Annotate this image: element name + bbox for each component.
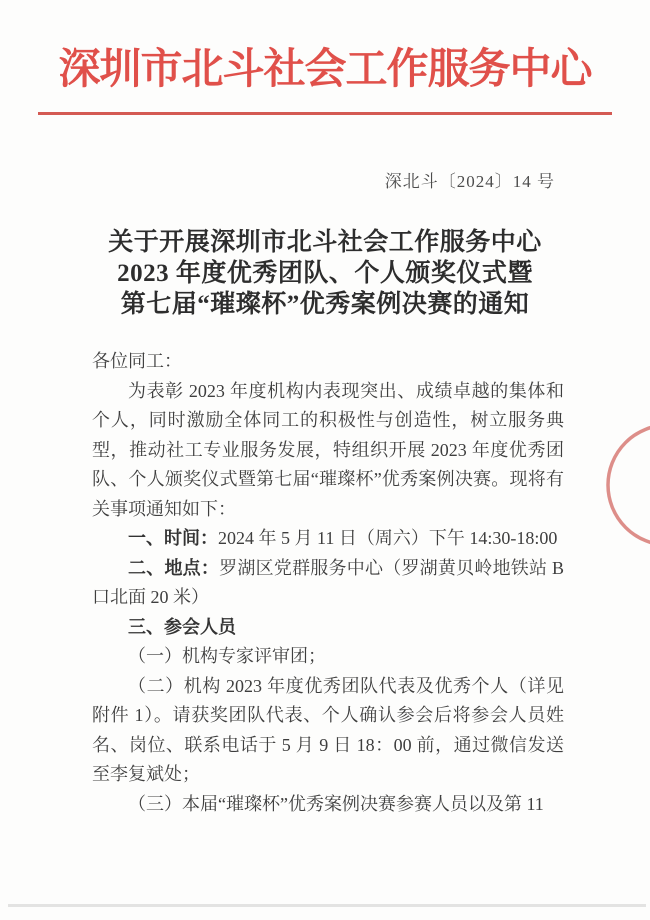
notice-title: 关于开展深圳市北斗社会工作服务中心 2023 年度优秀团队、个人颁奖仪式暨 第七… [0, 227, 650, 320]
organization-seal-icon: 深圳市北斗社会 [596, 410, 650, 560]
paragraph-text: （一）机构专家评审团； [128, 646, 326, 666]
header-divider-line [38, 112, 612, 115]
notice-title-line1: 关于开展深圳市北斗社会工作服务中心 [0, 227, 650, 258]
paragraph-text: 2024 年 5 月 11 日（周六）下午 14:30-18:00 [218, 528, 557, 548]
org-title: 深圳市北斗社会工作服务中心 [0, 36, 650, 96]
paragraph-intro: 为表彰 2023 年度机构内表现突出、成绩卓越的集体和个人，同时激励全体同工的积… [92, 377, 564, 525]
paragraph-attendees-heading: 三、参会人员 [92, 613, 564, 643]
notice-title-line3: 第七届“璀璨杯”优秀案例决赛的通知 [0, 289, 650, 320]
paragraph-attendees-item1: （一）机构专家评审团； [92, 642, 564, 672]
paragraph-time: 一、时间：2024 年 5 月 11 日（周六）下午 14:30-18:00 [92, 524, 564, 554]
notice-body: 各位同工： 为表彰 2023 年度机构内表现突出、成绩卓越的集体和个人，同时激励… [92, 347, 564, 819]
paragraph-attendees-item2: （二）机构 2023 年度优秀团队代表及优秀个人（详见附件 1）。请获奖团队代表… [92, 672, 564, 790]
paragraph-text: （二）机构 2023 年度优秀团队代表及优秀个人（详见附件 1）。请获奖团队代表… [92, 676, 564, 785]
paragraph-location: 二、地点：罗湖区党群服务中心（罗湖黄贝岭地铁站 B 口北面 20 米） [92, 554, 564, 613]
paragraph-label: 二、地点： [128, 558, 219, 578]
paragraph-text: 为表彰 2023 年度机构内表现突出、成绩卓越的集体和个人，同时激励全体同工的积… [92, 381, 564, 519]
paragraph-attendees-item3: （三）本届“璀璨杯”优秀案例决赛参赛人员以及第 11 [92, 790, 564, 820]
document-page: 深圳市北斗社会工作服务中心 深北斗〔2024〕14 号 关于开展深圳市北斗社会工… [0, 0, 650, 920]
paragraph-text: （三）本届“璀璨杯”优秀案例决赛参赛人员以及第 11 [128, 794, 544, 814]
paragraph-label: 三、参会人员 [128, 617, 236, 637]
salutation: 各位同工： [92, 347, 564, 377]
notice-title-line2: 2023 年度优秀团队、个人颁奖仪式暨 [0, 258, 650, 289]
doc-number: 深北斗〔2024〕14 号 [385, 167, 555, 192]
paragraph-label: 一、时间： [128, 528, 218, 548]
scan-edge-line [8, 904, 646, 907]
